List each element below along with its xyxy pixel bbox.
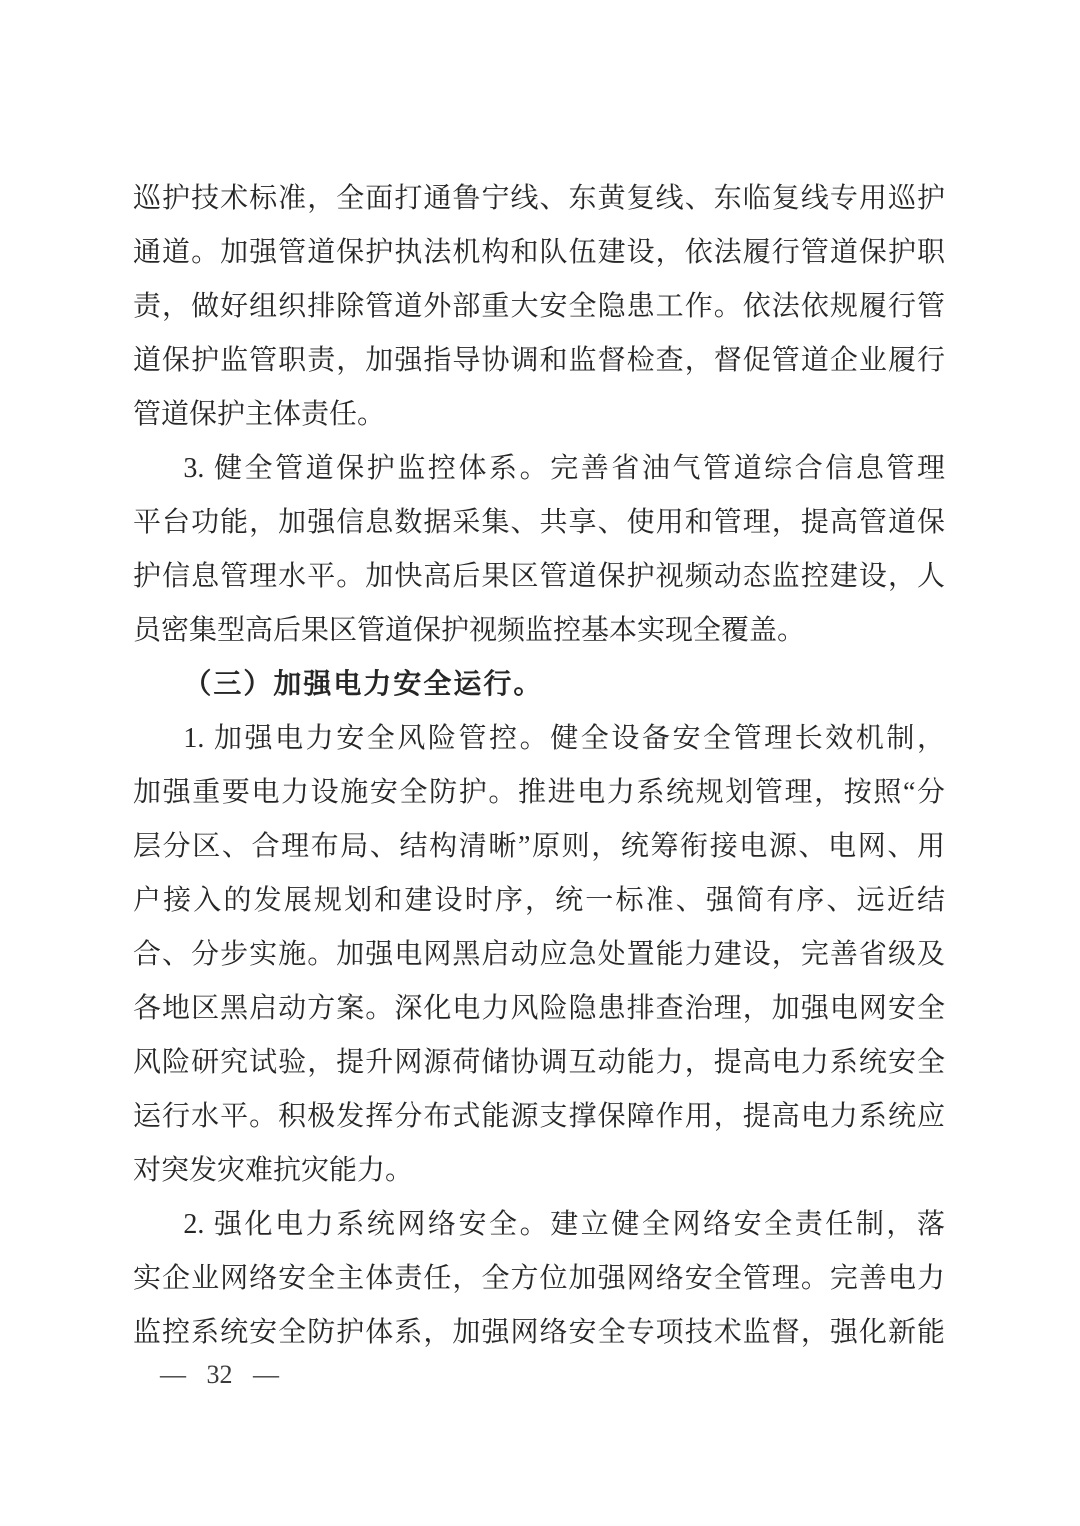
page-footer: — 32 — <box>160 1360 279 1390</box>
text-line: 管道保护主体责任。 <box>133 388 945 442</box>
text-line: 道保护监管职责，加强指导协调和监督检查，督促管道企业履行 <box>133 334 945 388</box>
text-line: 1. 加强电力安全风险管控。健全设备安全管理长效机制， <box>133 712 945 766</box>
text-line: 护信息管理水平。加快高后果区管道保护视频动态监控建设，人 <box>133 550 945 604</box>
text-line: 通道。加强管道保护执法机构和队伍建设，依法履行管道保护职 <box>133 226 945 280</box>
text-line: 平台功能，加强信息数据采集、共享、使用和管理，提高管道保 <box>133 496 945 550</box>
paragraph-item1-power-risk-control: 1. 加强电力安全风险管控。健全设备安全管理长效机制，加强重要电力设施安全防护。… <box>133 712 945 1198</box>
text-line: 对突发灾难抗灾能力。 <box>133 1144 945 1198</box>
document-body: 巡护技术标准，全面打通鲁宁线、东黄复线、东临复线专用巡护通道。加强管道保护执法机… <box>133 172 945 1360</box>
text-line: 风险研究试验，提升网源荷储协调互动能力，提高电力系统安全 <box>133 1036 945 1090</box>
page-number: — 32 — <box>160 1360 279 1389</box>
text-line: 加强重要电力设施安全防护。推进电力系统规划管理，按照“分 <box>133 766 945 820</box>
text-line: 层分区、合理布局、结构清晰”原则，统筹衔接电源、电网、用 <box>133 820 945 874</box>
text-line: 2. 强化电力系统网络安全。建立健全网络安全责任制，落 <box>133 1198 945 1252</box>
text-line: （三）加强电力安全运行。 <box>133 658 945 712</box>
paragraph-item2-power-network-security: 2. 强化电力系统网络安全。建立健全网络安全责任制，落实企业网络安全主体责任，全… <box>133 1198 945 1360</box>
text-line: 户接入的发展规划和建设时序，统一标准、强简有序、远近结 <box>133 874 945 928</box>
text-line: 员密集型高后果区管道保护视频监控基本实现全覆盖。 <box>133 604 945 658</box>
text-line: 3. 健全管道保护监控体系。完善省油气管道综合信息管理 <box>133 442 945 496</box>
text-line: 实企业网络安全主体责任，全方位加强网络安全管理。完善电力 <box>133 1252 945 1306</box>
document-page: 巡护技术标准，全面打通鲁宁线、东黄复线、东临复线专用巡护通道。加强管道保护执法机… <box>0 0 1080 1526</box>
paragraph-pipeline-protection-continued: 巡护技术标准，全面打通鲁宁线、东黄复线、东临复线专用巡护通道。加强管道保护执法机… <box>133 172 945 442</box>
text-line: 各地区黑启动方案。深化电力风险隐患排查治理，加强电网安全 <box>133 982 945 1036</box>
text-line: 合、分步实施。加强电网黑启动应急处置能力建设，完善省级及 <box>133 928 945 982</box>
paragraph-item3-pipeline-monitoring: 3. 健全管道保护监控体系。完善省油气管道综合信息管理平台功能，加强信息数据采集… <box>133 442 945 658</box>
text-line: 巡护技术标准，全面打通鲁宁线、东黄复线、东临复线专用巡护 <box>133 172 945 226</box>
text-line: 责，做好组织排除管道外部重大安全隐患工作。依法依规履行管 <box>133 280 945 334</box>
text-line: 运行水平。积极发挥分布式能源支撑保障作用，提高电力系统应 <box>133 1090 945 1144</box>
section-heading-power-safety-operation: （三）加强电力安全运行。 <box>133 658 945 712</box>
text-line: 监控系统安全防护体系，加强网络安全专项技术监督，强化新能 <box>133 1306 945 1360</box>
